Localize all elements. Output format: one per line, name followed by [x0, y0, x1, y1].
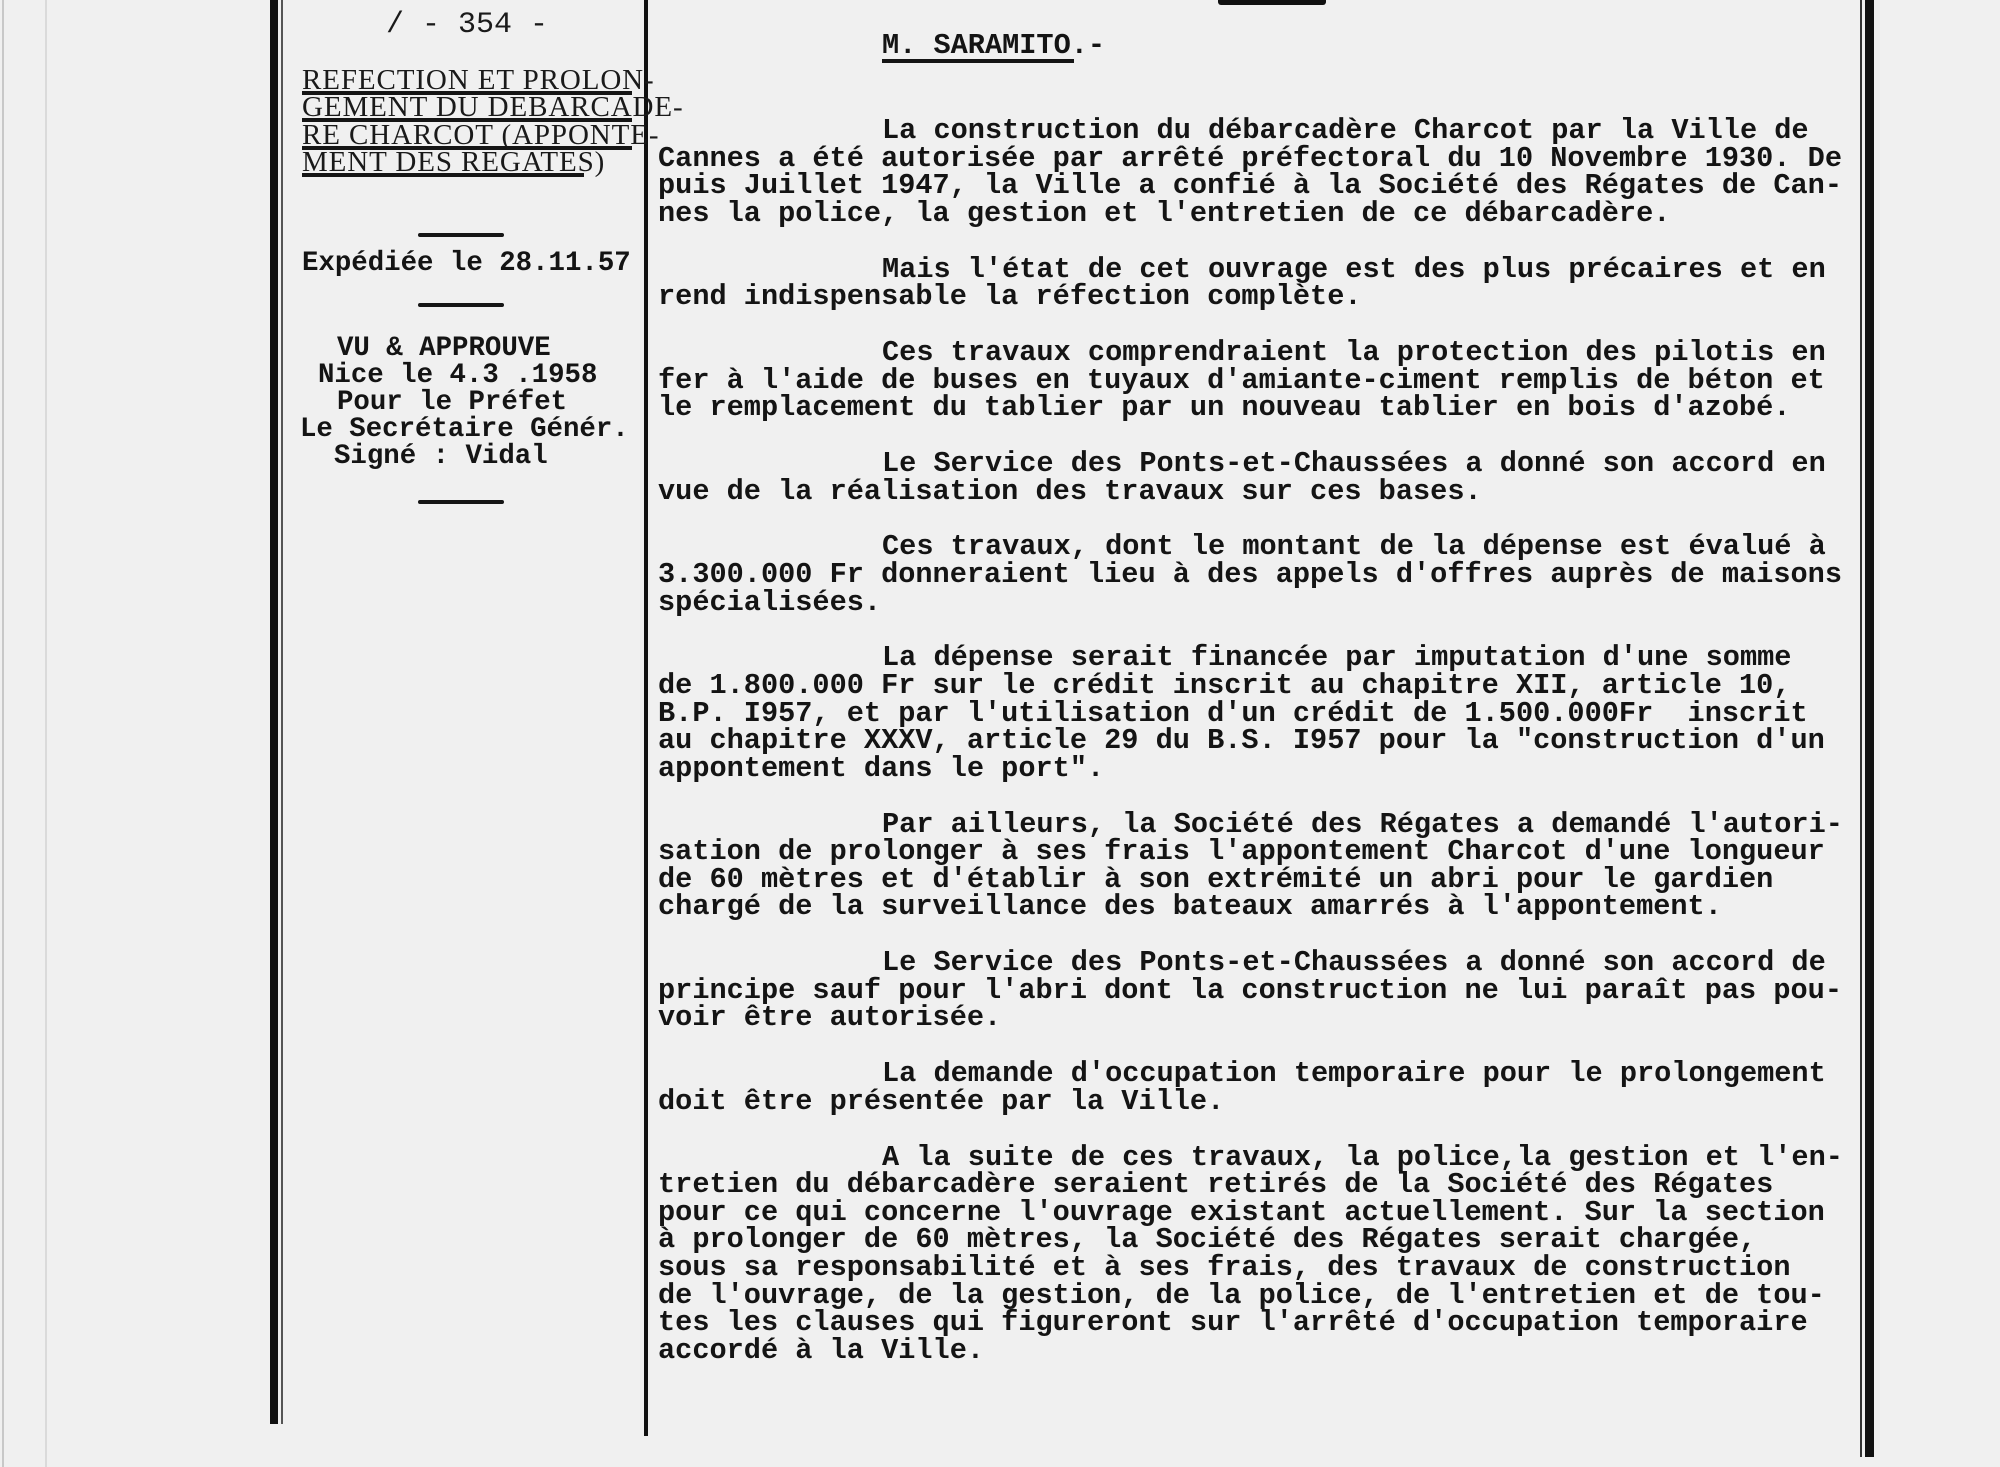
- paragraph-line: appontement dans le port".: [658, 755, 1104, 784]
- column-divider: [644, 0, 648, 1436]
- left-border-thick: [270, 0, 278, 1424]
- speaker-underline: [882, 59, 1074, 63]
- right-border-thick: [1865, 0, 1874, 1457]
- heading-underline: [302, 173, 584, 177]
- separator-rule: [418, 303, 504, 307]
- speaker-name: M. SARAMITO.-: [882, 32, 1105, 61]
- approval-line: Pour le Préfet: [337, 389, 567, 416]
- page-number: / - 354 -: [386, 10, 548, 40]
- paragraph-line: le remplacement du tablier par un nouvea…: [658, 394, 1791, 423]
- document-page: / - 354 - REFECTION ET PROLON-GEMENT DU …: [0, 0, 2000, 1467]
- separator-rule: [418, 500, 504, 504]
- top-bar-mark: [1218, 0, 1326, 5]
- sent-date-note: Expédiée le 28.11.57: [302, 250, 631, 277]
- paragraph-line: rend indispensable la réfection complète…: [658, 283, 1362, 312]
- approval-line: VU & APPROUVE: [337, 335, 551, 362]
- approval-line: Nice le 4.3 .1958: [318, 362, 597, 389]
- paragraph-line: chargé de la surveillance des bateaux am…: [658, 893, 1722, 922]
- right-border-thin: [1860, 0, 1862, 1457]
- paragraph-line: accordé à la Ville.: [658, 1337, 984, 1366]
- paragraph-line: voir être autorisée.: [658, 1004, 1001, 1033]
- scan-edge-line: [45, 0, 47, 1467]
- paragraph-line: vue de la réalisation des travaux sur ce…: [658, 478, 1482, 507]
- left-border-thin: [281, 0, 283, 1424]
- paragraph-line: spécialisées.: [658, 589, 881, 618]
- approval-line: Signé : Vidal: [334, 443, 548, 470]
- scan-edge-line: [2, 0, 4, 1467]
- separator-rule: [418, 233, 504, 237]
- approval-line: Le Secrétaire Génér.: [300, 416, 629, 443]
- paragraph-line: doit être présentée par la Ville.: [658, 1088, 1224, 1117]
- paragraph-line: nes la police, la gestion et l'entretien…: [658, 200, 1670, 229]
